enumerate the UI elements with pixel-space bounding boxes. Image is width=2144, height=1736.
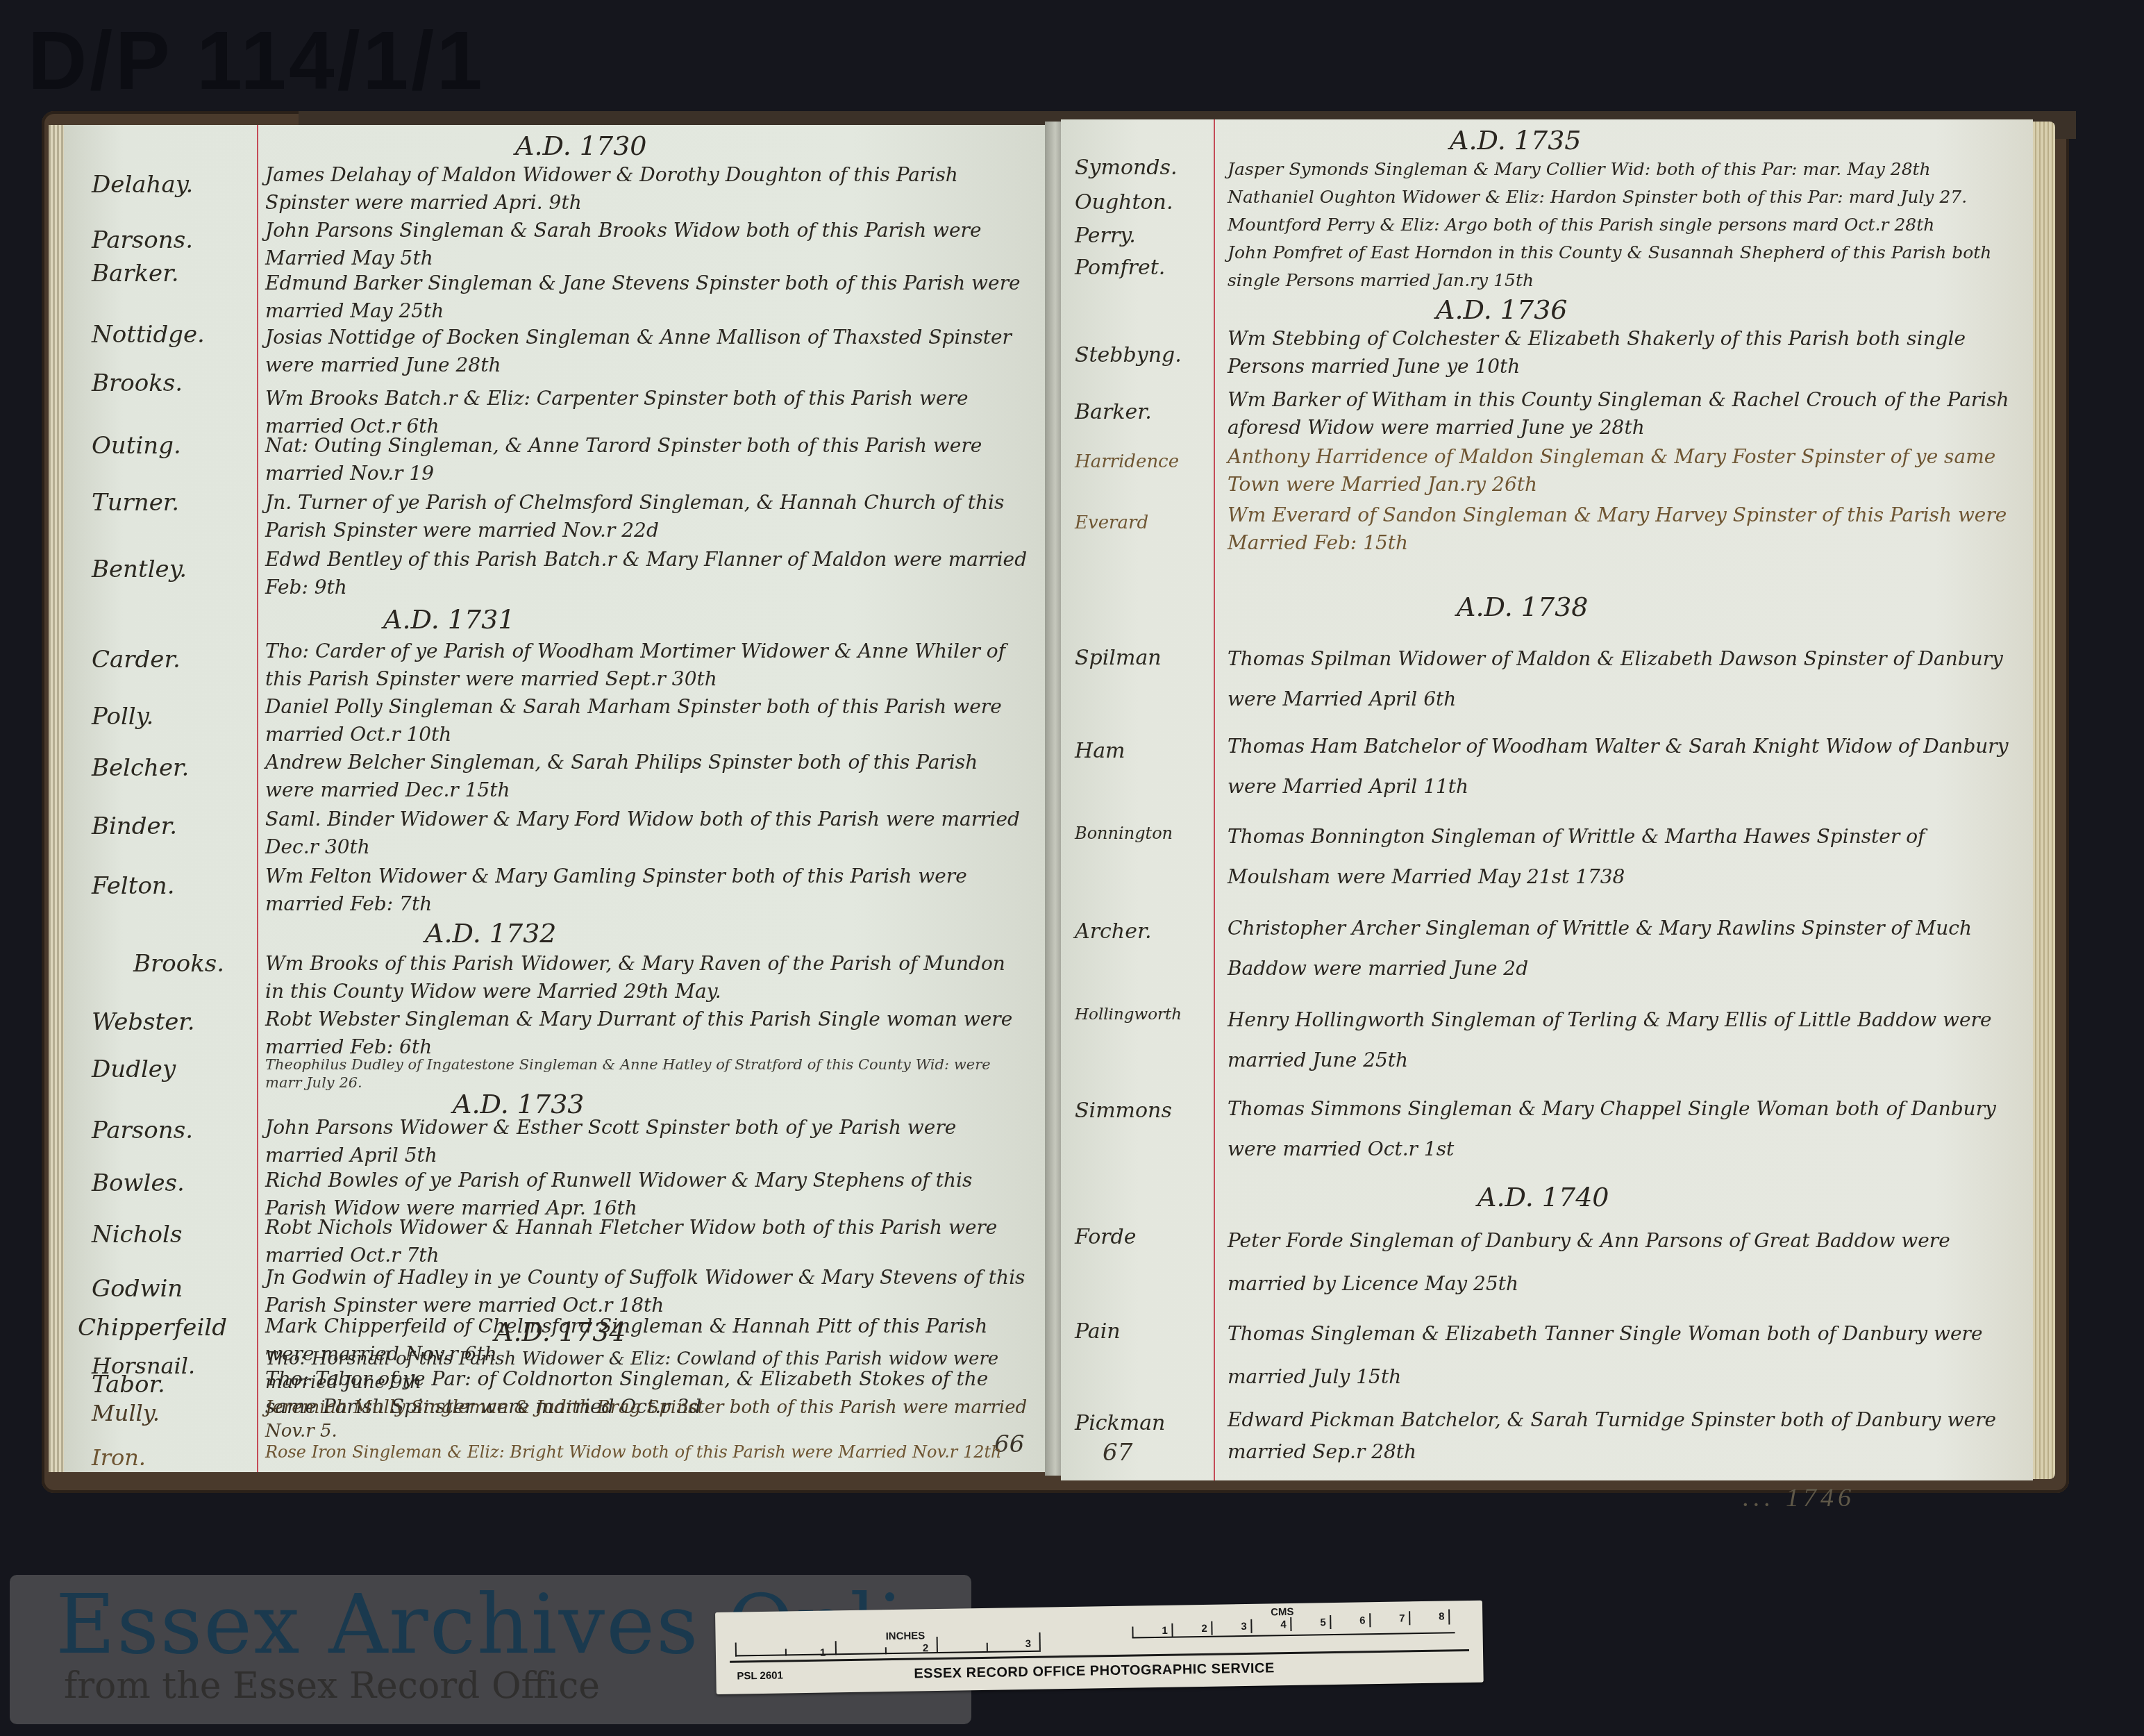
entry-text: Theophilus Dudley of Ingatestone Singlem…: [265, 1055, 1029, 1092]
cm-mark: 4: [1280, 1619, 1287, 1630]
archive-reference-code: D/P 114/1/1: [28, 14, 485, 108]
entry-text: Thomas Ham Batchelor of Woodham Walter &…: [1228, 726, 2012, 807]
entry-text: Jn Godwin of Hadley in ye County of Suff…: [265, 1264, 1029, 1319]
entry-text: Wm Felton Widower & Mary Gamling Spinste…: [265, 862, 1029, 918]
entry-text: John Parsons Widower & Esther Scott Spin…: [265, 1114, 1029, 1169]
entry-surname: Polly.: [92, 703, 251, 731]
cm-mark: 1: [1162, 1625, 1168, 1637]
ruler-tick: [1369, 1613, 1371, 1627]
entry-surname: Bowles.: [92, 1169, 251, 1197]
entry-surname: Ham: [1075, 739, 1214, 763]
entry-surname: Godwin: [92, 1275, 251, 1303]
entry-text: Nathaniel Oughton Widower & Eliz: Hardon…: [1228, 183, 2012, 211]
entry-text: Peter Forde Singleman of Danbury & Ann P…: [1228, 1219, 2012, 1305]
entry-surname: Parsons.: [92, 226, 251, 254]
entry-surname: Bonnington: [1075, 824, 1214, 843]
ruler-tick: [835, 1641, 837, 1655]
year-heading: A.D. 1734: [494, 1317, 626, 1347]
entry-text: Saml. Binder Widower & Mary Ford Widow b…: [265, 806, 1029, 861]
entry-surname: Parsons.: [92, 1117, 251, 1144]
cm-mark: 2: [1201, 1623, 1207, 1635]
margin-rule: [1214, 119, 1215, 1480]
entry-surname: Delahay.: [92, 171, 251, 199]
entry-text: Daniel Polly Singleman & Sarah Marham Sp…: [265, 693, 1029, 749]
year-heading: A.D. 1730: [515, 131, 647, 161]
entry-surname: Barker.: [92, 260, 251, 287]
entry-text: Edwd Bentley of this Parish Batch.r & Ma…: [265, 546, 1029, 601]
entry-text: John Parsons Singleman & Sarah Brooks Wi…: [265, 217, 1029, 272]
watermark-subtitle: from the Essex Record Office: [64, 1665, 600, 1707]
entry-text: Christopher Archer Singleman of Writtle …: [1228, 908, 2012, 989]
entry-text: Thomas Bonnington Singleman of Writtle &…: [1228, 817, 2012, 897]
entry-text: Thomas Simmons Singleman & Mary Chappel …: [1228, 1089, 2012, 1169]
entry-surname: Symonds.: [1075, 156, 1214, 180]
entry-text: Jn. Turner of ye Parish of Chelmsford Si…: [265, 489, 1029, 544]
entry-surname: Webster.: [92, 1008, 251, 1036]
cm-mark: 7: [1399, 1612, 1405, 1624]
cm-mark: 3: [1241, 1621, 1247, 1633]
ruler-tick: [987, 1643, 988, 1651]
entry-text: Tho: Horsnail of this Parish Widower & E…: [265, 1347, 1029, 1394]
year-heading: A.D. 1731: [383, 604, 515, 635]
ruler-tick: [937, 1637, 938, 1652]
entry-surname: Oughton.: [1075, 190, 1214, 215]
inch-mark: 3: [1025, 1638, 1032, 1650]
ruler-divider: [730, 1649, 1469, 1663]
year-heading: A.D. 1738: [1457, 592, 1589, 622]
entry-surname: Stebbyng.: [1075, 343, 1214, 367]
left-page-1734-entries: Horsnail. Tho: Horsnail of this Parish W…: [64, 1347, 1050, 1479]
ruler-tick: [735, 1643, 737, 1657]
entry-surname: Spilman: [1075, 646, 1214, 670]
entry-surname: Nichols: [92, 1221, 251, 1249]
entry-surname: Outing.: [92, 432, 251, 460]
entry-surname: Mully.: [92, 1400, 160, 1426]
ruler-title: ESSEX RECORD OFFICE PHOTOGRAPHIC SERVICE: [914, 1660, 1275, 1682]
ruler-tick: [885, 1647, 887, 1654]
entry-text: Nat: Outing Singleman, & Anne Tarord Spi…: [265, 432, 1029, 487]
entry-text: Wm Stebbing of Colchester & Elizabeth Sh…: [1228, 325, 2012, 381]
entry-text: Robt Nichols Widower & Hannah Fletcher W…: [265, 1214, 1029, 1269]
entry-text: Josias Nottidge of Bocken Singleman & An…: [265, 324, 1029, 379]
entry-text: Wm Brooks of this Parish Widower, & Mary…: [265, 950, 1029, 1005]
entry-text: James Delahay of Maldon Widower & Doroth…: [265, 161, 1029, 217]
entry-text: Mountford Perry & Eliz: Argo both of thi…: [1228, 211, 2012, 239]
entry-text: Andrew Belcher Singleman, & Sarah Philip…: [265, 749, 1029, 804]
ruler-tick: [1250, 1619, 1252, 1633]
entry-surname: Nottidge.: [92, 321, 251, 349]
entry-text: Jeremiah Mully Singleman & Judith Brag S…: [265, 1396, 1029, 1443]
entry-surname: Hollingworth: [1075, 1005, 1214, 1024]
cms-label: CMS: [1271, 1606, 1294, 1619]
entry-surname: Bentley.: [92, 556, 251, 583]
entry-surname: Everard: [1075, 512, 1214, 533]
entry-surname: Pickman: [1075, 1411, 1214, 1435]
entry-text: Thomas Singleman & Elizabeth Tanner Sing…: [1228, 1312, 2012, 1399]
cm-mark: 6: [1359, 1614, 1366, 1626]
entry-surname: Belcher.: [92, 754, 251, 782]
ruler-code: PSL 2601: [737, 1669, 783, 1682]
entry-surname: Turner.: [92, 489, 251, 517]
entry-surname: Dudley: [92, 1055, 251, 1083]
entry-text: Edmund Barker Singleman & Jane Stevens S…: [265, 269, 1029, 325]
entry-text: Rose Iron Singleman & Eliz: Bright Widow…: [265, 1442, 1029, 1462]
year-heading: A.D. 1736: [1436, 294, 1568, 325]
scale-ruler: 1 2 3 INCHES 1 2 3 4 5 6 7 8 CMS PSL 260…: [715, 1601, 1484, 1694]
page-number: 67: [1103, 1439, 1132, 1467]
entry-text: John Pomfret of East Horndon in this Cou…: [1228, 239, 2012, 294]
entry-text: Henry Hollingworth Singleman of Terling …: [1228, 1000, 2012, 1080]
entry-text: Wm Barker of Witham in this County Singl…: [1228, 386, 2012, 442]
ruler-tick: [1448, 1609, 1450, 1624]
cm-scale-baseline: [1132, 1632, 1455, 1638]
ruler-tick: [1211, 1621, 1212, 1635]
entry-surname: Perry.: [1075, 224, 1214, 248]
entry-text: Anthony Harridence of Maldon Singleman &…: [1228, 443, 2012, 499]
inch-mark: 2: [923, 1642, 929, 1654]
ruler-tick: [785, 1649, 787, 1655]
inch-mark: 1: [820, 1647, 826, 1659]
cm-mark: 8: [1439, 1611, 1445, 1623]
entry-surname: Binder.: [92, 812, 251, 840]
ruler-tick: [1132, 1627, 1133, 1638]
ruler-tick: [1409, 1611, 1410, 1625]
year-heading: A.D. 1735: [1450, 125, 1582, 156]
entry-surname: Iron.: [92, 1444, 146, 1471]
inches-label: INCHES: [885, 1630, 925, 1642]
ruler-tick: [1171, 1624, 1173, 1637]
page-edge-annotation: ... 1746: [1743, 1483, 1855, 1513]
entry-surname: Brooks.: [92, 369, 251, 397]
year-heading: A.D. 1740: [1477, 1182, 1609, 1212]
entry-text: Tho: Carder of ye Parish of Woodham Mort…: [265, 637, 1029, 693]
entry-surname: Carder.: [92, 646, 251, 674]
entry-text: Wm Everard of Sandon Singleman & Mary Ha…: [1228, 501, 2012, 557]
entry-surname: Harridence: [1075, 451, 1214, 472]
year-heading: A.D. 1732: [425, 918, 557, 949]
cm-mark: 5: [1320, 1617, 1326, 1628]
entry-surname: Forde: [1075, 1225, 1214, 1249]
inch-scale-baseline: [735, 1651, 1041, 1657]
entry-surname: Horsnail.: [92, 1353, 195, 1379]
ruler-tick: [1039, 1633, 1041, 1651]
entry-surname: Pomfret.: [1075, 256, 1214, 280]
entry-surname: Felton.: [92, 872, 251, 900]
left-page: A.D. 1730 Delahay. James Delahay of Mald…: [64, 125, 1050, 1472]
ruler-tick: [1290, 1617, 1291, 1631]
entry-text: Robt Webster Singleman & Mary Durrant of…: [265, 1005, 1029, 1061]
entry-text: Thomas Spilman Widower of Maldon & Eliza…: [1228, 639, 2012, 719]
entry-text: Jasper Symonds Singleman & Mary Collier …: [1228, 156, 2012, 183]
margin-rule: [257, 125, 258, 1472]
ruler-tick: [1330, 1615, 1331, 1629]
entry-surname: Archer.: [1075, 919, 1214, 944]
entry-surname: Simmons: [1075, 1099, 1214, 1123]
entry-surname: Pain: [1075, 1319, 1214, 1344]
entry-surname: Barker.: [1075, 400, 1214, 424]
right-page: A.D. 1735 Symonds. Jasper Symonds Single…: [1061, 119, 2033, 1480]
entry-text: Edward Pickman Batchelor, & Sarah Turnid…: [1228, 1404, 2012, 1468]
